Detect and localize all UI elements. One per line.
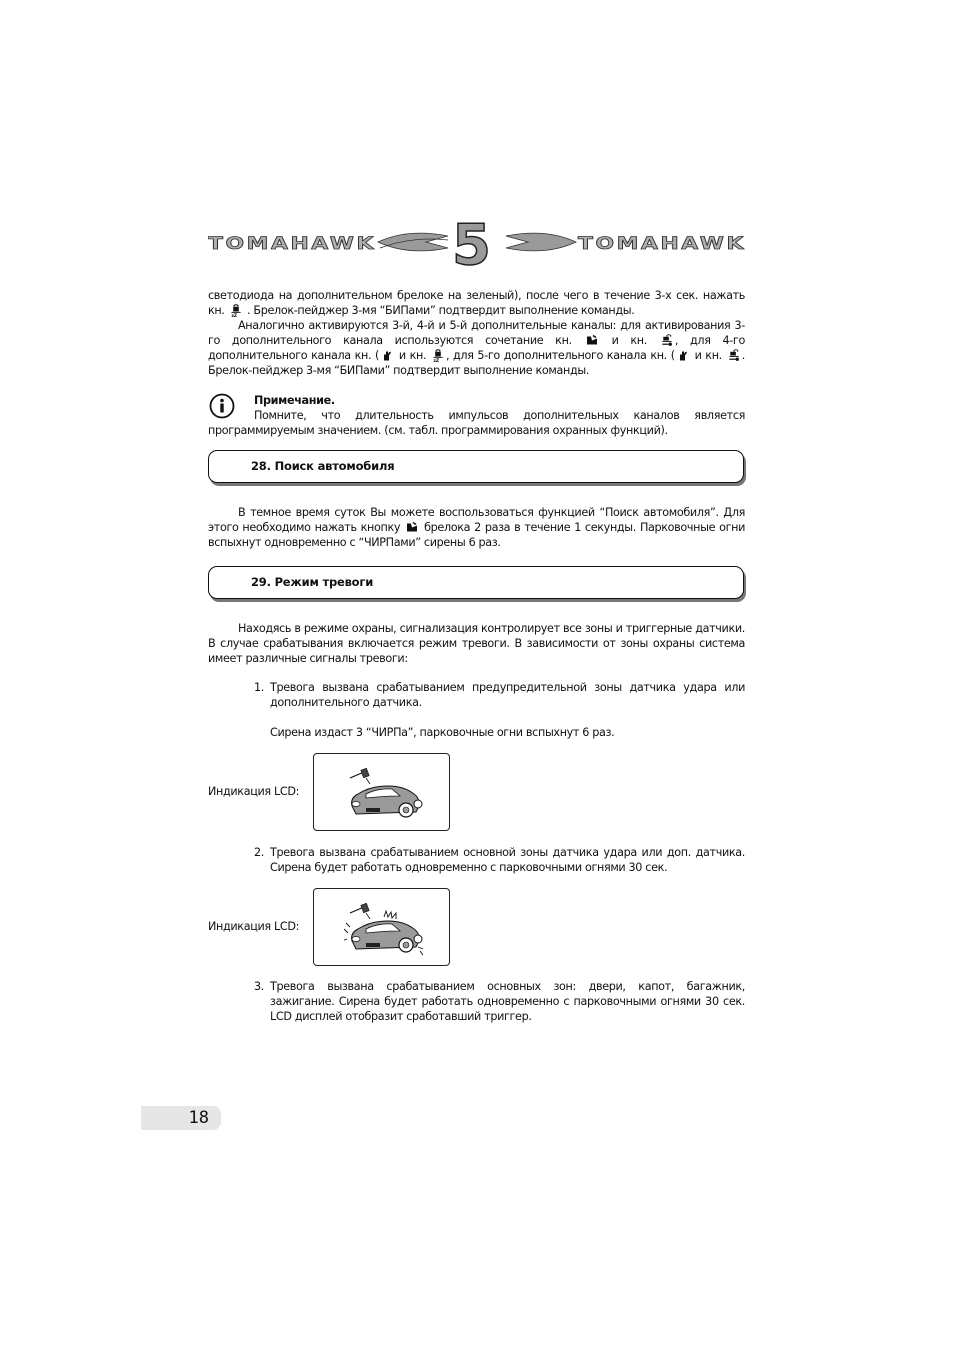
unlock-key-icon [661,334,673,347]
intro-text: светодиода на дополнительном брелоке на … [208,288,745,378]
car-shock-warning-icon [344,768,424,822]
note-block: Примечание. Помните, что длительность им… [208,393,745,438]
svg-text:zZ: zZ [433,358,439,362]
svg-text:TOMAHAWK: TOMAHAWK [578,234,746,254]
car-shock-alarm-icon [344,903,424,957]
section-29-text: Находясь в режиме охраны, сигнализация к… [208,621,745,666]
section-28-text: В темное время суток Вы можете воспользо… [208,505,745,550]
section-title: 29. Режим тревоги [251,575,373,589]
section-header-29: 29. Режим тревоги [208,566,744,599]
car-search-icon [406,521,418,534]
car-search-icon [586,334,598,347]
section-header-28: 28. Поиск автомобиля [208,450,744,483]
lcd-display-1 [313,753,450,831]
alarm-list-item-2: 2. Тревога вызвана срабатыванием основно… [254,845,745,875]
list-text: Тревога вызвана срабатыванием основной з… [270,845,745,875]
lock-zz-icon: zZ [230,304,242,317]
list-number: 3. [254,979,264,994]
section-title: 28. Поиск автомобиля [251,459,394,473]
lcd-display-2 [313,888,450,966]
unlock-key-icon [728,349,740,362]
list-text: Тревога вызвана срабатыванием основных з… [270,979,745,1024]
intro-text-part: , для 5-го дополнительного канала кн. ( [446,349,675,362]
intro-text-part: . Брелок-пейджер 3-мя “БИПами” подтверди… [247,304,634,317]
hand-icon [677,349,689,362]
note-title: Примечание. [208,393,745,408]
list-text: Тревога вызвана срабатыванием предупреди… [270,680,745,710]
list-number: 1. [254,680,264,695]
alarm-list-item-3: 3. Тревога вызвана срабатыванием основны… [254,979,745,1024]
intro-paragraph-1: светодиода на дополнительном брелоке на … [208,288,745,318]
page-number: 18 [141,1106,221,1130]
note-text: Помните, что длительность импульсов допо… [208,408,745,438]
list-extra-text: Сирена издаст 3 “ЧИРПа”, парковочные огн… [270,725,745,740]
section-paragraph: Находясь в режиме охраны, сигнализация к… [208,621,745,666]
tomahawk-x5-logo: TOMAHAWK 5 TOMAHAWK [208,218,746,268]
lcd-label: Индикация LCD: [208,785,299,798]
svg-text:TOMAHAWK: TOMAHAWK [208,234,376,254]
lcd-label: Индикация LCD: [208,920,299,933]
intro-text-part: и кн. [399,349,426,362]
lock-zz-icon: zZ [432,349,444,362]
svg-text:5: 5 [452,218,491,268]
intro-text-part: и кн. [612,334,647,347]
alarm-list-item-1: 1. Тревога вызвана срабатыванием предупр… [254,680,745,740]
svg-text:zZ: zZ [231,313,237,317]
intro-text-part: и кн. [695,349,722,362]
manual-page: TOMAHAWK 5 TOMAHAWK светодиода на дополн… [0,0,954,1350]
intro-paragraph-2: Аналогично активируются 3-й, 4-й и 5-й д… [208,318,745,378]
list-number: 2. [254,845,264,860]
hand-icon [381,349,393,362]
